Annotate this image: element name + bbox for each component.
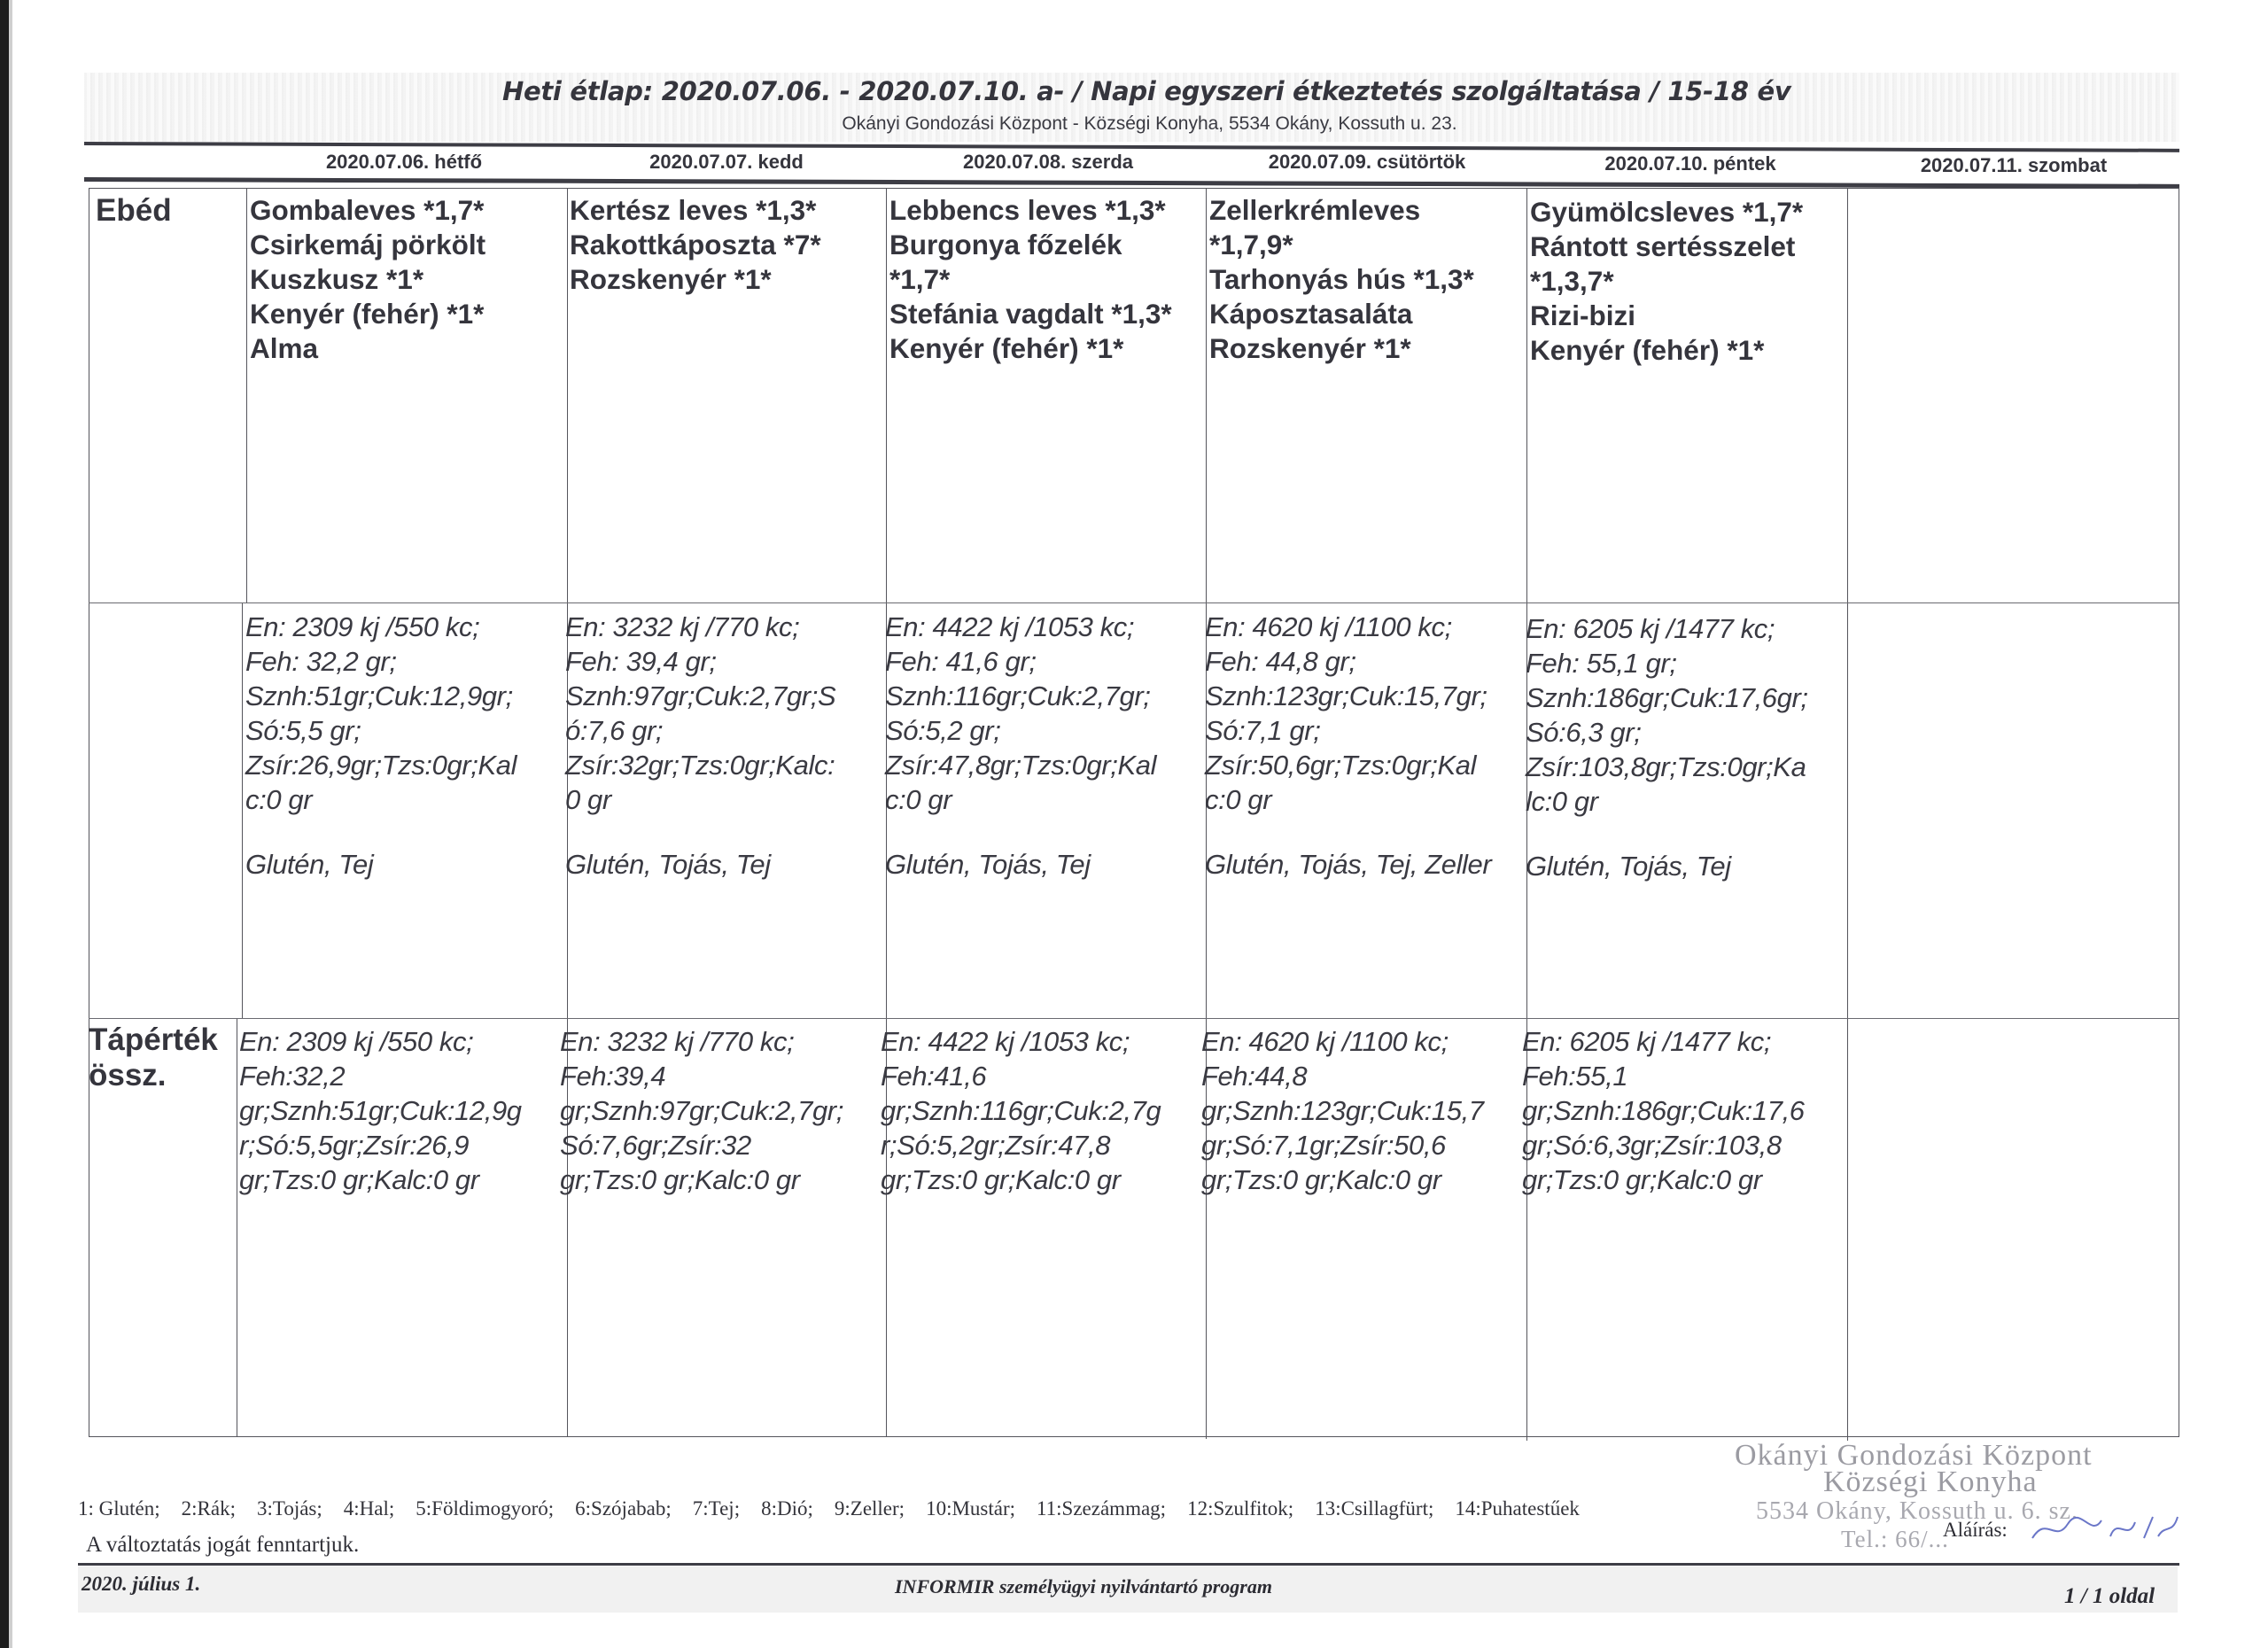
allergen-legend: 1: Glutén;2:Rák;3:Tojás;4:Hal;5:Földimog… bbox=[78, 1497, 1601, 1520]
nutrition-line: Zsír:103,8gr;Tzs:0gr;Ka bbox=[1526, 750, 1818, 784]
totals-line: gr;Sznh:186gr;Cuk:17,6 bbox=[1522, 1093, 1805, 1128]
totals-line: gr;Só:7,1gr;Zsír:50,6 bbox=[1201, 1128, 1484, 1162]
menu-item: Kertész leves *1,3* bbox=[570, 193, 821, 228]
day-header-monday: 2020.07.06. hétfő bbox=[326, 151, 482, 174]
totals-line: Só:7,6gr;Zsír:32 bbox=[560, 1128, 843, 1162]
menu-item: Rakottkáposzta *7* bbox=[570, 228, 821, 262]
menu-item: Lebbencs leves *1,3* bbox=[889, 193, 1172, 228]
nutrition-line: Sznh:51gr;Cuk:12,9gr; bbox=[245, 679, 538, 713]
nutrition-line: Só:7,1 gr; bbox=[1205, 713, 1497, 748]
row-divider bbox=[89, 602, 2179, 603]
row-label-totals: Tápérték össz. bbox=[89, 1022, 218, 1093]
allergen-legend-item: 13:Csillagfürt; bbox=[1315, 1497, 1433, 1520]
totals-line: r;Só:5,2gr;Zsír:47,8 bbox=[881, 1128, 1161, 1162]
totals-line: gr;Tzs:0 gr;Kalc:0 gr bbox=[1522, 1162, 1805, 1197]
menu-item: Rozskenyér *1* bbox=[570, 262, 821, 297]
allergen-legend-item: 7:Tej; bbox=[693, 1497, 740, 1520]
nutrition-cell-tuesday: En: 3232 kj /770 kc;Feh: 39,4 gr;Sznh:97… bbox=[565, 610, 858, 882]
menu-item: Rozskenyér *1* bbox=[1209, 331, 1474, 366]
day-header-wednesday: 2020.07.08. szerda bbox=[963, 151, 1133, 174]
stamp-line: Tel.: 66/... bbox=[1841, 1526, 1949, 1553]
totals-line: gr;Tzs:0 gr;Kalc:0 gr bbox=[239, 1162, 522, 1197]
menu-cell-monday: Gombaleves *1,7*Csirkemáj pörköltKuszkus… bbox=[250, 193, 485, 366]
page-subtitle: Okányi Gondozási Központ - Községi Konyh… bbox=[0, 113, 2268, 135]
scan-edge bbox=[0, 0, 9, 1648]
allergen-list: Glutén, Tej bbox=[245, 847, 538, 882]
allergen-legend-item: 5:Földimogyoró; bbox=[416, 1497, 554, 1520]
nutrition-line: c:0 gr bbox=[1205, 782, 1497, 817]
totals-line: En: 4422 kj /1053 kc; bbox=[881, 1024, 1161, 1059]
allergen-legend-item: 14:Puhatestűek bbox=[1455, 1497, 1580, 1520]
page-title: Heti étlap: 2020.07.06. - 2020.07.10. a-… bbox=[502, 76, 1790, 106]
nutrition-line: Sznh:186gr;Cuk:17,6gr; bbox=[1526, 680, 1818, 715]
allergen-legend-item: 12:Szulfitok; bbox=[1187, 1497, 1293, 1520]
row-divider bbox=[89, 1018, 2179, 1019]
nutrition-cell-friday: En: 6205 kj /1477 kc;Feh: 55,1 gr;Sznh:1… bbox=[1526, 611, 1818, 883]
footer-rule bbox=[78, 1563, 2179, 1566]
menu-item: Gombaleves *1,7* bbox=[250, 193, 485, 228]
allergen-legend-item: 10:Mustár; bbox=[926, 1497, 1015, 1520]
nutrition-line: Só:5,2 gr; bbox=[885, 713, 1177, 748]
allergen-legend-item: 1: Glutén; bbox=[78, 1497, 160, 1520]
nutrition-line: lc:0 gr bbox=[1526, 784, 1818, 819]
totals-line: gr;Tzs:0 gr;Kalc:0 gr bbox=[1201, 1162, 1484, 1197]
column-divider bbox=[242, 602, 243, 1018]
nutrition-line: Feh: 44,8 gr; bbox=[1205, 644, 1497, 679]
nutrition-line: En: 2309 kj /550 kc; bbox=[245, 610, 538, 644]
column-divider bbox=[246, 188, 247, 602]
menu-item: Csirkemáj pörkölt bbox=[250, 228, 485, 262]
menu-item: Káposztasaláta bbox=[1209, 297, 1474, 331]
totals-line: gr;Sznh:123gr;Cuk:15,7 bbox=[1201, 1093, 1484, 1128]
nutrition-line: Zsír:32gr;Tzs:0gr;Kalc: bbox=[565, 748, 858, 782]
totals-line: En: 3232 kj /770 kc; bbox=[560, 1024, 843, 1059]
totals-cell-monday: En: 2309 kj /550 kc;Feh:32,2gr;Sznh:51gr… bbox=[239, 1024, 522, 1197]
totals-cell-friday: En: 6205 kj /1477 kc;Feh:55,1gr;Sznh:186… bbox=[1522, 1024, 1805, 1197]
nutrition-line: Zsír:47,8gr;Tzs:0gr;Kal bbox=[885, 748, 1177, 782]
menu-item: Kenyér (fehér) *1* bbox=[250, 297, 485, 331]
totals-line: r;Só:5,5gr;Zsír:26,9 bbox=[239, 1128, 522, 1162]
menu-item: Stefánia vagdalt *1,3* bbox=[889, 297, 1172, 331]
nutrition-line: Feh: 41,6 gr; bbox=[885, 644, 1177, 679]
nutrition-line: Zsír:50,6gr;Tzs:0gr;Kal bbox=[1205, 748, 1497, 782]
allergen-legend-item: 4:Hal; bbox=[344, 1497, 395, 1520]
menu-item: Kenyér (fehér) *1* bbox=[889, 331, 1172, 366]
signature-icon bbox=[2029, 1512, 2179, 1547]
menu-item: Tarhonyás hús *1,3* bbox=[1209, 262, 1474, 297]
day-header-saturday: 2020.07.11. szombat bbox=[1921, 154, 2107, 177]
totals-line: Feh:39,4 bbox=[560, 1059, 843, 1093]
nutrition-line: Feh: 32,2 gr; bbox=[245, 644, 538, 679]
page-number: 1 / 1 oldal bbox=[2064, 1584, 2155, 1609]
menu-item: Alma bbox=[250, 331, 485, 366]
menu-cell-thursday: Zellerkrémleves*1,7,9*Tarhonyás hús *1,3… bbox=[1209, 193, 1474, 366]
totals-line: En: 2309 kj /550 kc; bbox=[239, 1024, 522, 1059]
totals-cell-wednesday: En: 4422 kj /1053 kc;Feh:41,6gr;Sznh:116… bbox=[881, 1024, 1161, 1197]
scan-edge-shadow bbox=[9, 0, 12, 1648]
day-header-friday: 2020.07.10. péntek bbox=[1604, 152, 1775, 175]
day-header-tuesday: 2020.07.07. kedd bbox=[649, 151, 804, 174]
nutrition-line: En: 6205 kj /1477 kc; bbox=[1526, 611, 1818, 646]
totals-line: Feh:32,2 bbox=[239, 1059, 522, 1093]
menu-item: Burgonya főzelék bbox=[889, 228, 1172, 262]
day-header-thursday: 2020.07.09. csütörtök bbox=[1269, 151, 1466, 174]
allergen-legend-item: 6:Szójabab; bbox=[575, 1497, 672, 1520]
column-divider bbox=[237, 1018, 237, 1437]
row-label-lunch: Ebéd bbox=[96, 193, 172, 229]
totals-line: gr;Sznh:97gr;Cuk:2,7gr; bbox=[560, 1093, 843, 1128]
menu-item: Kenyér (fehér) *1* bbox=[1530, 333, 1803, 368]
allergen-legend-item: 9:Zeller; bbox=[835, 1497, 905, 1520]
nutrition-line: c:0 gr bbox=[245, 782, 538, 817]
menu-cell-tuesday: Kertész leves *1,3*Rakottkáposzta *7*Roz… bbox=[570, 193, 821, 297]
nutrition-line: Sznh:97gr;Cuk:2,7gr;S bbox=[565, 679, 858, 713]
header-bottom-rule bbox=[84, 177, 2179, 189]
nutrition-cell-monday: En: 2309 kj /550 kc;Feh: 32,2 gr;Sznh:51… bbox=[245, 610, 538, 882]
footer-date: 2020. július 1. bbox=[82, 1573, 200, 1596]
totals-line: En: 6205 kj /1477 kc; bbox=[1522, 1024, 1805, 1059]
allergen-list: Glutén, Tojás, Tej bbox=[1526, 849, 1818, 883]
nutrition-line: Só:6,3 gr; bbox=[1526, 715, 1818, 750]
menu-item: Zellerkrémleves bbox=[1209, 193, 1474, 228]
nutrition-line: Zsír:26,9gr;Tzs:0gr;Kal bbox=[245, 748, 538, 782]
row-label-totals-line1: Tápérték bbox=[89, 1022, 218, 1058]
footer-program: INFORMIR személyügyi nyilvántartó progra… bbox=[895, 1575, 1272, 1598]
nutrition-line: En: 3232 kj /770 kc; bbox=[565, 610, 858, 644]
allergen-list: Glutén, Tojás, Tej, Zeller bbox=[1205, 847, 1497, 882]
nutrition-cell-wednesday: En: 4422 kj /1053 kc;Feh: 41,6 gr;Sznh:1… bbox=[885, 610, 1177, 882]
column-divider bbox=[1847, 188, 1848, 1441]
menu-cell-friday: Gyümölcsleves *1,7*Rántott sertésszelet*… bbox=[1530, 195, 1803, 368]
allergen-legend-item: 3:Tojás; bbox=[257, 1497, 322, 1520]
menu-item: Gyümölcsleves *1,7* bbox=[1530, 195, 1803, 229]
stamp-line: Községi Konyha bbox=[1823, 1465, 2038, 1499]
totals-line: gr;Tzs:0 gr;Kalc:0 gr bbox=[881, 1162, 1161, 1197]
nutrition-line: c:0 gr bbox=[885, 782, 1177, 817]
allergen-legend-item: 11:Szezámmag; bbox=[1037, 1497, 1166, 1520]
menu-item: Rizi-bizi bbox=[1530, 299, 1803, 333]
totals-line: gr;Só:6,3gr;Zsír:103,8 bbox=[1522, 1128, 1805, 1162]
menu-item: Kuszkusz *1* bbox=[250, 262, 485, 297]
nutrition-line: Feh: 55,1 gr; bbox=[1526, 646, 1818, 680]
totals-line: En: 4620 kj /1100 kc; bbox=[1201, 1024, 1484, 1059]
totals-cell-tuesday: En: 3232 kj /770 kc;Feh:39,4gr;Sznh:97gr… bbox=[560, 1024, 843, 1197]
totals-line: Feh:44,8 bbox=[1201, 1059, 1484, 1093]
menu-item: *1,3,7* bbox=[1530, 264, 1803, 299]
nutrition-line: Feh: 39,4 gr; bbox=[565, 644, 858, 679]
menu-item: *1,7,9* bbox=[1209, 228, 1474, 262]
nutrition-line: En: 4422 kj /1053 kc; bbox=[885, 610, 1177, 644]
menu-item: Rántott sertésszelet bbox=[1530, 229, 1803, 264]
nutrition-line: 0 gr bbox=[565, 782, 858, 817]
totals-line: gr;Sznh:116gr;Cuk:2,7g bbox=[881, 1093, 1161, 1128]
totals-line: gr;Sznh:51gr;Cuk:12,9g bbox=[239, 1093, 522, 1128]
menu-item: *1,7* bbox=[889, 262, 1172, 297]
signature-label: Aláírás: bbox=[1943, 1519, 2008, 1542]
nutrition-line: Só:5,5 gr; bbox=[245, 713, 538, 748]
allergen-legend-item: 2:Rák; bbox=[182, 1497, 236, 1520]
totals-cell-thursday: En: 4620 kj /1100 kc;Feh:44,8gr;Sznh:123… bbox=[1201, 1024, 1484, 1197]
row-label-totals-line2: össz. bbox=[89, 1058, 218, 1093]
allergen-list: Glutén, Tojás, Tej bbox=[565, 847, 858, 882]
nutrition-cell-thursday: En: 4620 kj /1100 kc;Feh: 44,8 gr;Sznh:1… bbox=[1205, 610, 1497, 882]
nutrition-line: En: 4620 kj /1100 kc; bbox=[1205, 610, 1497, 644]
nutrition-line: Sznh:116gr;Cuk:2,7gr; bbox=[885, 679, 1177, 713]
totals-line: gr;Tzs:0 gr;Kalc:0 gr bbox=[560, 1162, 843, 1197]
totals-line: Feh:55,1 bbox=[1522, 1059, 1805, 1093]
allergen-list: Glutén, Tojás, Tej bbox=[885, 847, 1177, 882]
nutrition-line: ó:7,6 gr; bbox=[565, 713, 858, 748]
totals-line: Feh:41,6 bbox=[881, 1059, 1161, 1093]
allergen-legend-item: 8:Dió; bbox=[761, 1497, 813, 1520]
nutrition-line: Sznh:123gr;Cuk:15,7gr; bbox=[1205, 679, 1497, 713]
menu-cell-wednesday: Lebbencs leves *1,3*Burgonya főzelék*1,7… bbox=[889, 193, 1172, 366]
rights-notice: A változtatás jogát fenntartjuk. bbox=[86, 1533, 359, 1558]
